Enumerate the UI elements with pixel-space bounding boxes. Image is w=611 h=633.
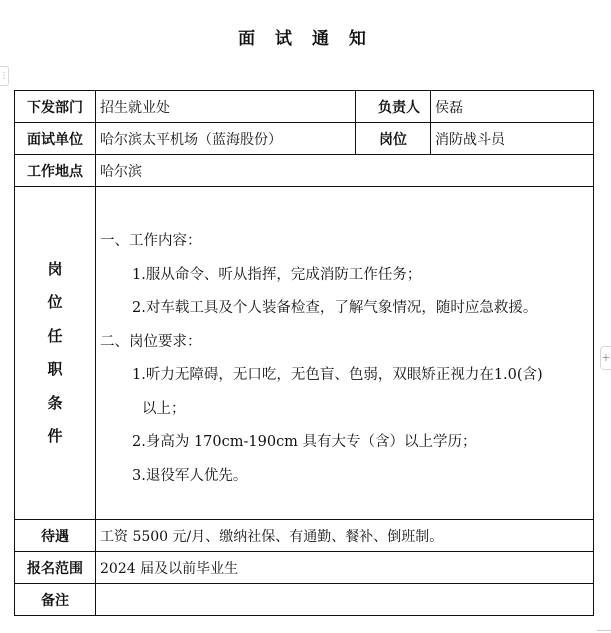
notes-label: 备注 (15, 584, 96, 616)
requirement-item: 2.身高为 170cm-190cm 具有大专（含）以上学历； (100, 426, 589, 460)
row-location: 工作地点 哈尔滨 (15, 155, 594, 187)
work-content-item: 2.对车载工具及个人装备检查，了解气象情况，随时应急救援。 (100, 292, 589, 326)
notes-value[interactable] (96, 584, 594, 616)
duties-content[interactable]: 一、工作内容： 1.服从命令、听从指挥，完成消防工作任务； 2.对车载工具及个人… (96, 187, 594, 520)
duties-label-char: 岗 (19, 253, 91, 287)
requirements-heading: 二、岗位要求： (100, 326, 589, 360)
work-content-heading: 一、工作内容： (100, 225, 589, 259)
employer-label: 面试单位 (15, 123, 96, 155)
drag-handle-icon[interactable]: ⋮ (0, 66, 9, 86)
benefits-value[interactable]: 工资 5500 元/月、缴纳社保、有通勤、餐补、倒班制。 (96, 520, 594, 552)
requirement-item-continued: 以上； (100, 393, 589, 427)
add-column-icon[interactable]: + (600, 346, 611, 370)
location-value[interactable]: 哈尔滨 (96, 155, 594, 187)
row-department: 下发部门 招生就业处 负责人 侯磊 (15, 91, 594, 123)
row-duties: 岗 位 任 职 条 件 一、工作内容： 1.服从命令、听从指挥，完成消防工作任务… (15, 187, 594, 520)
requirement-item: 3.退役军人优先。 (100, 460, 589, 494)
duties-label-char: 件 (19, 420, 91, 454)
department-label: 下发部门 (15, 91, 96, 123)
location-label: 工作地点 (15, 155, 96, 187)
department-value[interactable]: 招生就业处 (96, 91, 356, 123)
duties-label-char: 职 (19, 353, 91, 387)
scope-label: 报名范围 (15, 552, 96, 584)
document-title: 面 试 通 知 (0, 24, 611, 49)
interview-notice-table: 下发部门 招生就业处 负责人 侯磊 面试单位 哈尔滨太平机场（蓝海股份） 岗位 … (14, 90, 594, 616)
duties-label: 岗 位 任 职 条 件 (15, 187, 96, 520)
position-value[interactable]: 消防战斗员 (431, 123, 594, 155)
row-benefits: 待遇 工资 5500 元/月、缴纳社保、有通勤、餐补、倒班制。 (15, 520, 594, 552)
duties-label-char: 任 (19, 320, 91, 354)
position-label: 岗位 (356, 123, 431, 155)
row-notes: 备注 (15, 584, 594, 616)
duties-label-char: 条 (19, 387, 91, 421)
benefits-label: 待遇 (15, 520, 96, 552)
requirement-item: 1.听力无障碍，无口吃，无色盲、色弱，双眼矫正视力在1.0(含) (100, 359, 589, 393)
duties-label-char: 位 (19, 286, 91, 320)
contact-value[interactable]: 侯磊 (431, 91, 594, 123)
employer-value[interactable]: 哈尔滨太平机场（蓝海股份） (96, 123, 356, 155)
row-employer: 面试单位 哈尔滨太平机场（蓝海股份） 岗位 消防战斗员 (15, 123, 594, 155)
row-scope: 报名范围 2024 届及以前毕业生 (15, 552, 594, 584)
scope-value[interactable]: 2024 届及以前毕业生 (96, 552, 594, 584)
resize-corner-mark (597, 630, 611, 631)
work-content-item: 1.服从命令、听从指挥，完成消防工作任务； (100, 259, 589, 293)
contact-label: 负责人 (356, 91, 431, 123)
